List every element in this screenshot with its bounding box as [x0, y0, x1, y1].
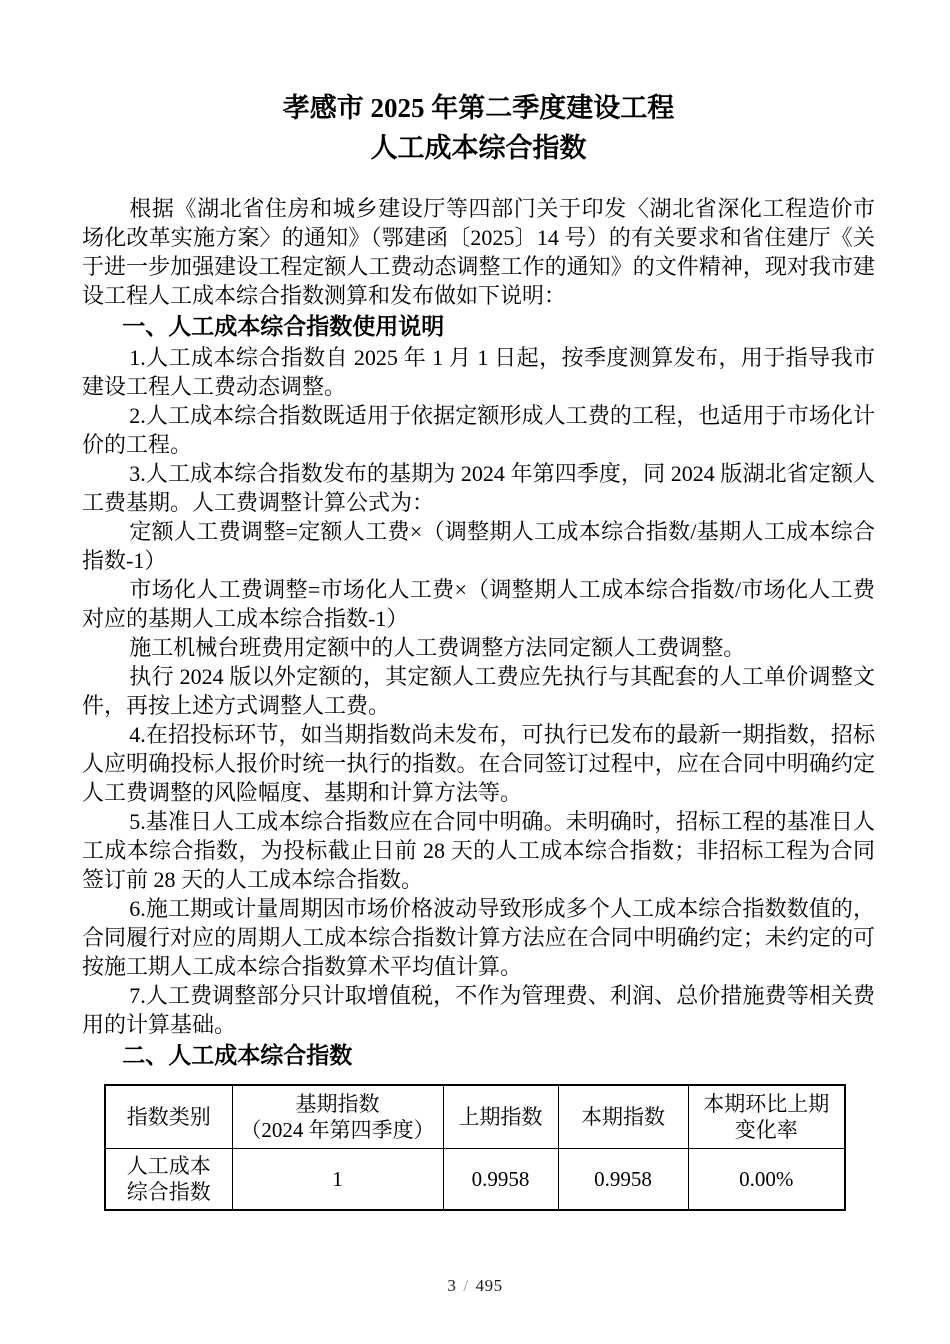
total-pages-number: 495	[476, 1276, 503, 1295]
index-table: 指数类别 基期指数 （2024 年第四季度） 上期指数 本期指数 本期环比上期 …	[104, 1084, 846, 1211]
cell-index-category: 人工成本 综合指数	[105, 1149, 232, 1211]
cell-qoq-change: 0.00%	[688, 1149, 845, 1211]
paragraph-6: 6.施工期或计量周期因市场价格波动导致形成多个人工成本综合指数数值的，合同履行对…	[82, 894, 875, 981]
page-number: 3/495	[0, 1276, 950, 1296]
cell-previous-index: 0.9958	[443, 1149, 558, 1211]
section1-heading: 一、人工成本综合指数使用说明	[82, 311, 875, 342]
document-title-line2: 人工成本综合指数	[371, 133, 587, 163]
page-number-separator: /	[463, 1276, 468, 1295]
header-base-index: 基期指数 （2024 年第四季度）	[232, 1085, 443, 1149]
cell-base-index: 1	[232, 1149, 443, 1211]
cell-current-index: 0.9958	[558, 1149, 688, 1211]
current-page-number: 3	[447, 1276, 456, 1295]
formula-quota-labor-adjustment: 定额人工费调整=定额人工费×（调整期人工成本综合指数/基期人工成本综合指数-1）	[82, 517, 875, 575]
paragraph-machinery: 施工机械台班费用定额中的人工费调整方法同定额人工费调整。	[82, 633, 875, 662]
formula-market-labor-adjustment: 市场化人工费调整=市场化人工费×（调整期人工成本综合指数/市场化人工费对应的基期…	[82, 575, 875, 633]
paragraph-2: 2.人工成本综合指数既适用于依据定额形成人工费的工程，也适用于市场化计价的工程。	[82, 401, 875, 459]
paragraph-7: 7.人工费调整部分只计取增值税，不作为管理费、利润、总价措施费等相关费用的计算基…	[82, 981, 875, 1039]
document-title: 孝感市 2025 年第二季度建设工程人工成本综合指数	[82, 88, 875, 168]
header-current-index: 本期指数	[558, 1085, 688, 1149]
document-title-line1: 孝感市 2025 年第二季度建设工程	[283, 93, 675, 123]
paragraph-other-quota: 执行 2024 版以外定额的，其定额人工费应先执行与其配套的人工单价调整文件，再…	[82, 662, 875, 720]
header-index-category: 指数类别	[105, 1085, 232, 1149]
document-page: 孝感市 2025 年第二季度建设工程人工成本综合指数 根据《湖北省住房和城乡建设…	[0, 0, 950, 1344]
header-qoq-change: 本期环比上期 变化率	[688, 1085, 845, 1149]
paragraph-5: 5.基准日人工成本综合指数应在合同中明确。未明确时，招标工程的基准日人工成本综合…	[82, 807, 875, 894]
table-header-row: 指数类别 基期指数 （2024 年第四季度） 上期指数 本期指数 本期环比上期 …	[105, 1085, 845, 1149]
header-previous-index: 上期指数	[443, 1085, 558, 1149]
paragraph-1: 1.人工成本综合指数自 2025 年 1 月 1 日起，按季度测算发布，用于指导…	[82, 343, 875, 401]
paragraph-3: 3.人工成本综合指数发布的基期为 2024 年第四季度，同 2024 版湖北省定…	[82, 459, 875, 517]
paragraph-4: 4.在招投标环节，如当期指数尚未发布，可执行已发布的最新一期指数，招标人应明确投…	[82, 720, 875, 807]
table-row: 人工成本 综合指数 1 0.9958 0.9958 0.00%	[105, 1149, 845, 1211]
intro-paragraph: 根据《湖北省住房和城乡建设厅等四部门关于印发〈湖北省深化工程造价市场化改革实施方…	[82, 194, 875, 310]
section2-heading: 二、人工成本综合指数	[82, 1040, 875, 1071]
